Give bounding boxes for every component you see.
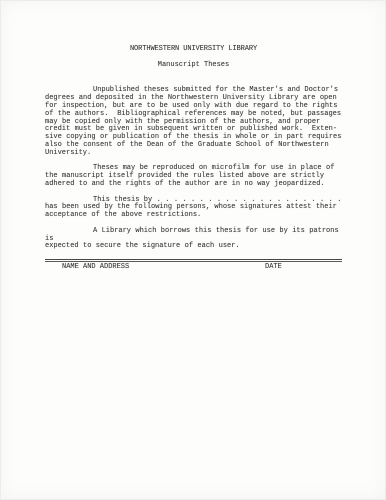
paragraph-thesis-by: This thesis by . . . . . . . . . . . . .… bbox=[45, 197, 342, 220]
paragraph-usage-rules: Unpublished theses submitted for the Mas… bbox=[45, 87, 342, 157]
signature-table-double-rule bbox=[45, 259, 342, 262]
paragraph-library-borrowing: A Library which borrows this thesis for … bbox=[45, 228, 342, 251]
document-page: NORTHWESTERN UNIVERSITY LIBRARY Manuscri… bbox=[45, 46, 342, 274]
column-header-name-and-address: NAME AND ADDRESS bbox=[62, 264, 129, 272]
column-header-date: DATE bbox=[265, 264, 282, 272]
paragraph-microfilm: Theses may be reproduced on microfilm fo… bbox=[45, 165, 342, 188]
signature-table-header: NAME AND ADDRESS DATE bbox=[45, 264, 342, 274]
document-subtitle: Manuscript Theses bbox=[45, 62, 342, 70]
document-title: NORTHWESTERN UNIVERSITY LIBRARY bbox=[45, 46, 342, 54]
scanned-document: { "doc": { "title": "NORTHWESTERN UNIVER… bbox=[0, 0, 386, 500]
